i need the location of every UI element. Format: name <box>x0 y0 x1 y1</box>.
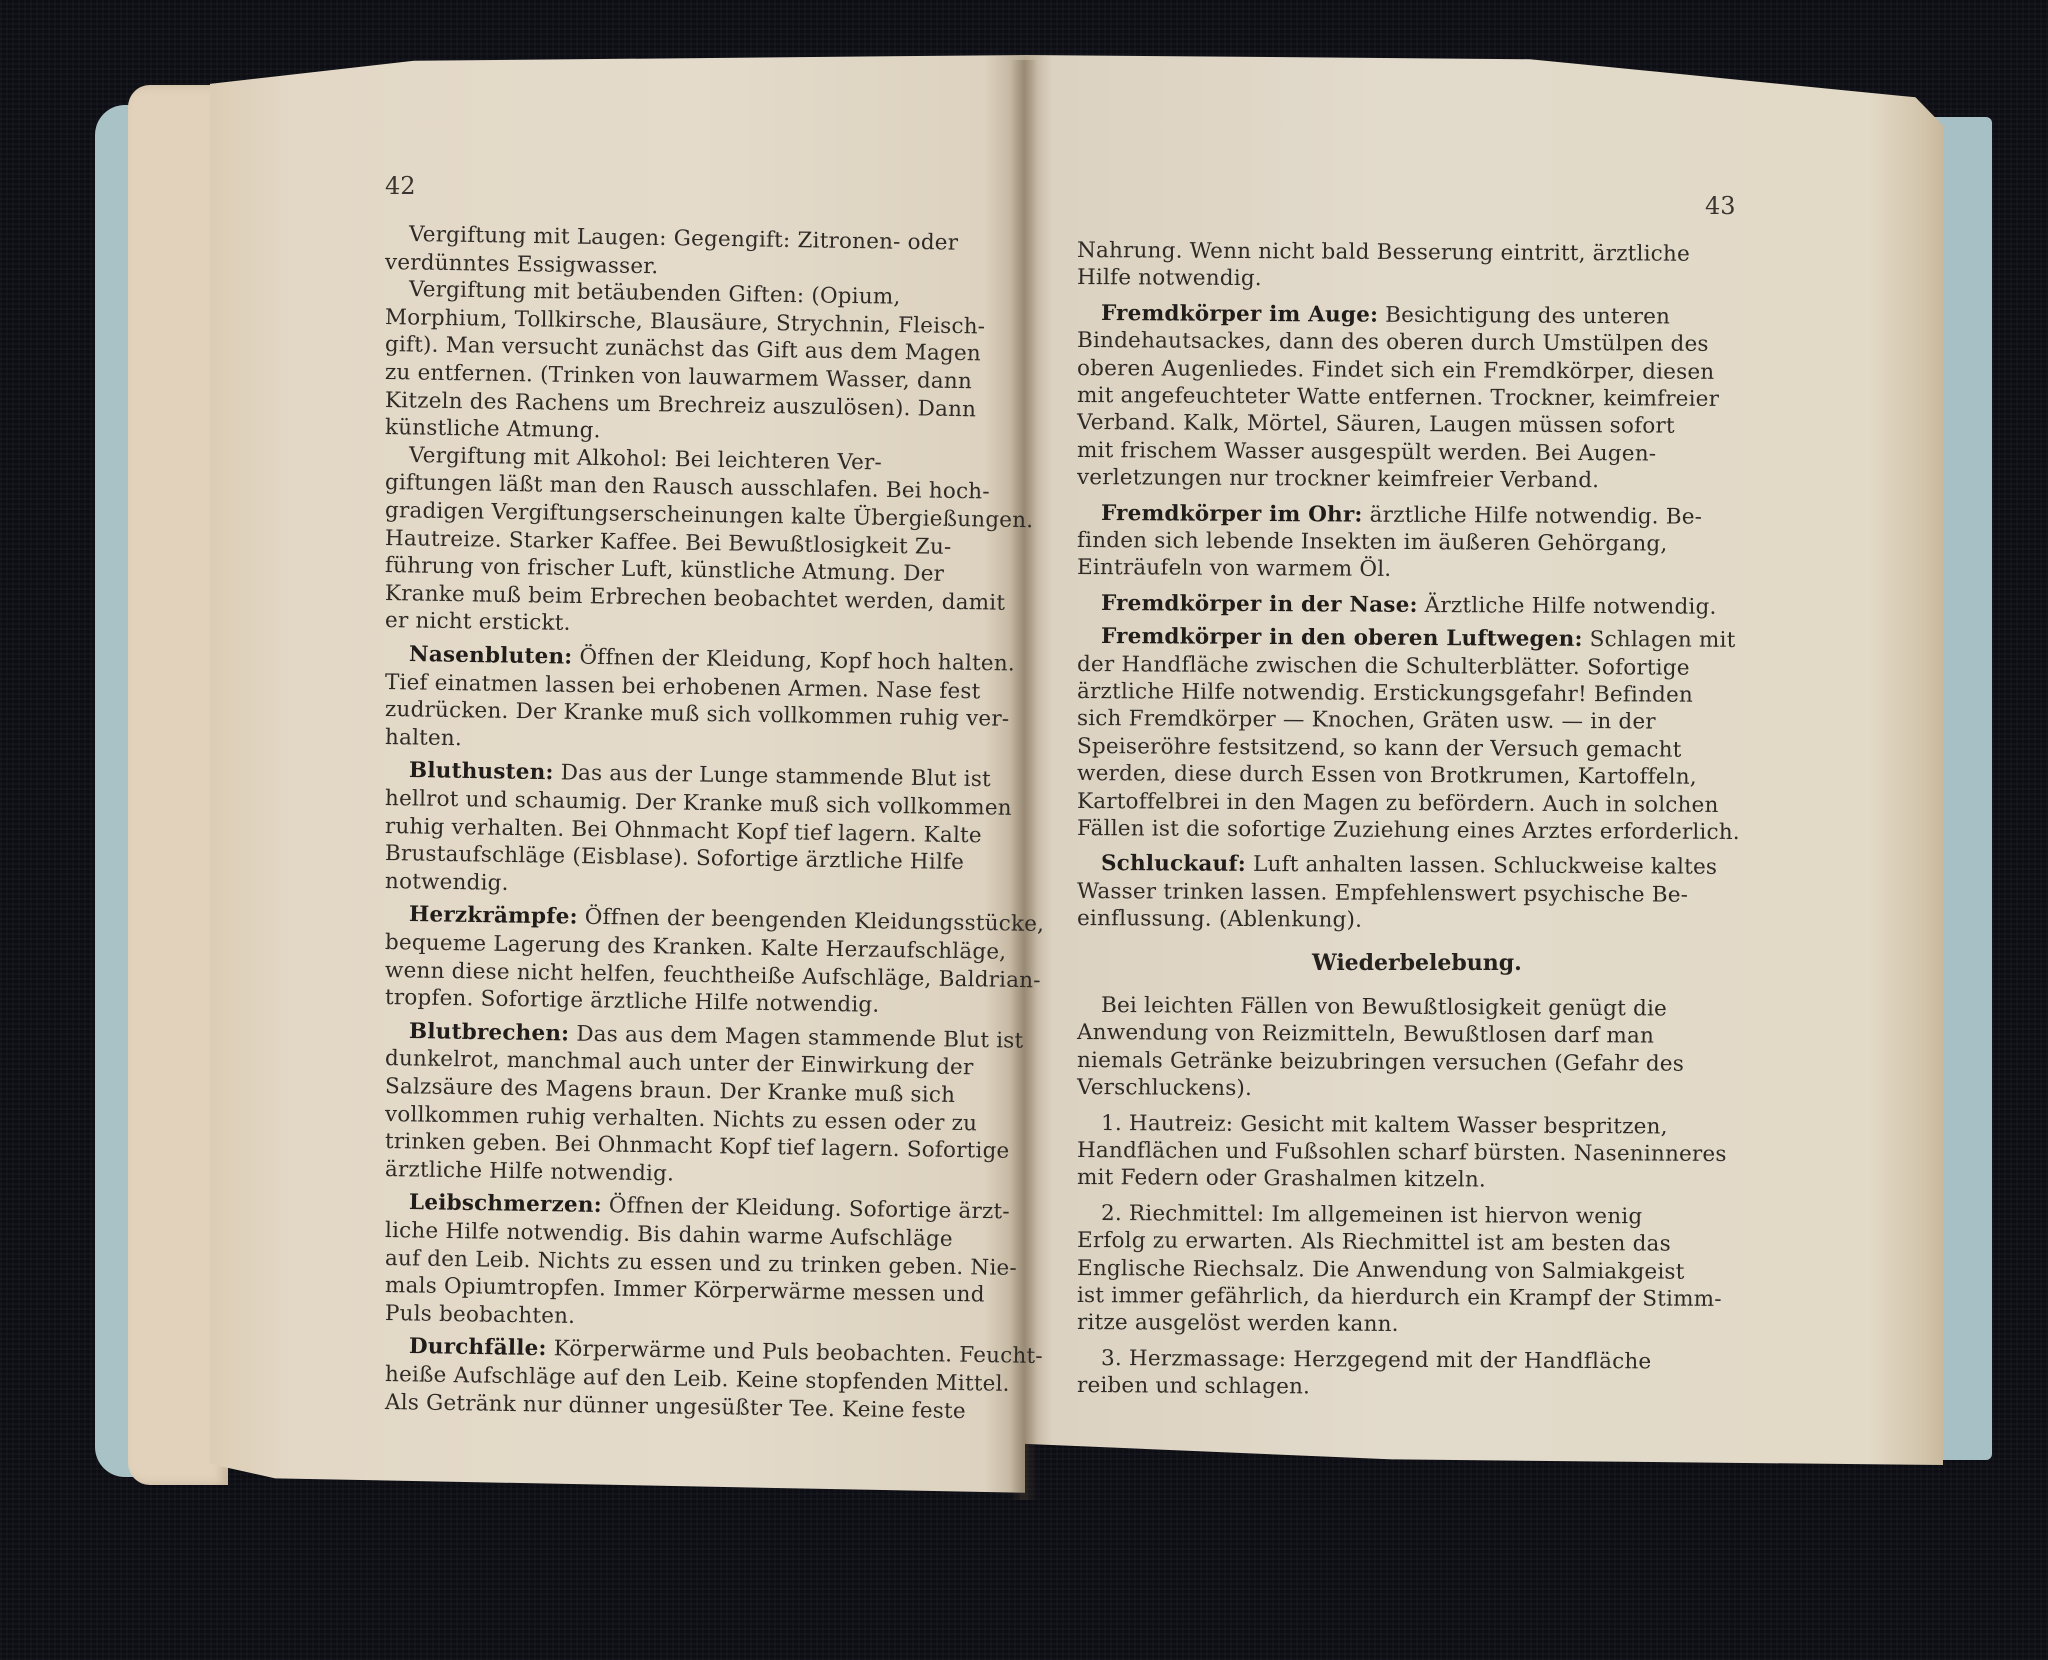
text-line: Fremdkörper in der Nase: Ärztliche Hilfe… <box>1101 591 1717 620</box>
text-line: Puls beobachten. <box>385 1301 576 1329</box>
line-text: Bindehautsackes, dann des oberen durch U… <box>1077 328 1709 357</box>
text-line: Verband. Kalk, Mörtel, Säuren, Laugen mü… <box>1077 410 1675 439</box>
line-text: Puls beobachten. <box>385 1301 576 1329</box>
text-line: 2. Riechmittel: Im allgemeinen ist hierv… <box>1101 1201 1643 1229</box>
line-text: Besichtigung des unteren <box>1378 302 1670 329</box>
line-text: Anwendung von Reizmitteln, Bewußtlosen d… <box>1077 1020 1654 1049</box>
line-text: 3. Herzmassage: Herzgegend mit der Handf… <box>1101 1346 1652 1374</box>
text-line: niemals Getränke beizubringen versuchen … <box>1077 1048 1684 1077</box>
text-line: Erfolg zu erwarten. Als Riechmittel ist … <box>1077 1228 1671 1257</box>
text-line: Wasser trinken lassen. Empfehlenswert ps… <box>1077 879 1688 908</box>
line-text: werden, diese durch Essen von Brotkrumen… <box>1077 761 1697 790</box>
text-line: Nahrung. Wenn nicht bald Besserung eintr… <box>1077 238 1690 267</box>
line-text: Wasser trinken lassen. Empfehlenswert ps… <box>1077 879 1688 908</box>
text-line: verdünntes Essigwasser. <box>385 250 659 279</box>
text-line: werden, diese durch Essen von Brotkrumen… <box>1077 761 1697 790</box>
page-number-left: 42 <box>385 172 416 200</box>
text-line: Handflächen und Fußsohlen scharf bürsten… <box>1077 1138 1727 1167</box>
text-line: Kartoffelbrei in den Magen zu befördern.… <box>1077 789 1719 818</box>
page-number-right: 43 <box>1705 192 1736 220</box>
text-line: verletzungen nur trockner keimfreier Ver… <box>1077 465 1599 493</box>
line-text: mit Federn oder Grashalmen kitzeln. <box>1077 1165 1486 1192</box>
line-text: Verband. Kalk, Mörtel, Säuren, Laugen mü… <box>1077 410 1675 439</box>
text-line: Bindehautsackes, dann des oberen durch U… <box>1077 328 1709 357</box>
line-text: finden sich lebende Insekten im äußeren … <box>1077 528 1668 557</box>
line-text: niemals Getränke beizubringen versuchen … <box>1077 1048 1684 1077</box>
section-heading-wiederbelebung: Wiederbelebung. <box>1312 950 1522 976</box>
line-text: Hilfe notwendig. <box>1077 265 1262 291</box>
line-text: ärztliche Hilfe notwendig. Be- <box>1363 502 1703 529</box>
text-line: ritze ausgelöst werden kann. <box>1077 1310 1399 1337</box>
line-text: mit angefeuchteter Watte entfernen. Troc… <box>1077 383 1719 412</box>
line-text: er nicht erstickt. <box>385 608 571 636</box>
book-gutter <box>1010 60 1038 1500</box>
line-text: verletzungen nur trockner keimfreier Ver… <box>1077 465 1599 493</box>
entry-term: Bluthusten: <box>409 758 554 785</box>
text-line: Bei leichten Fällen von Bewußtlosigkeit … <box>1101 993 1667 1021</box>
line-text: künstliche Atmung. <box>385 415 601 443</box>
text-line: ärztliche Hilfe notwendig. Erstickungsge… <box>1077 679 1693 708</box>
text-line: oberen Augenliedes. Findet sich ein Frem… <box>1077 356 1715 385</box>
entry-term: Leibschmerzen: <box>409 1190 602 1218</box>
line-text: mit frischem Wasser ausgespült werden. B… <box>1077 438 1656 467</box>
line-text: halten. <box>385 725 462 751</box>
line-text: ärztliche Hilfe notwendig. Erstickungsge… <box>1077 679 1693 708</box>
text-line: 3. Herzmassage: Herzgegend mit der Handf… <box>1101 1346 1652 1374</box>
line-text: Kartoffelbrei in den Magen zu befördern.… <box>1077 789 1719 818</box>
text-line: Speiseröhre festsitzend, so kann der Ver… <box>1077 734 1682 763</box>
text-line: Verschluckens). <box>1077 1075 1252 1101</box>
line-text: Verschluckens). <box>1077 1075 1252 1101</box>
line-text: Englische Riechsalz. Die Anwendung von S… <box>1077 1256 1685 1285</box>
line-text: notwendig. <box>385 869 509 896</box>
line-text: Fällen ist die sofortige Zuziehung eines… <box>1077 816 1740 845</box>
text-line: reiben und schlagen. <box>1077 1373 1310 1399</box>
text-line: mit Federn oder Grashalmen kitzeln. <box>1077 1165 1486 1192</box>
line-text: ist immer gefährlich, da hierdurch ein K… <box>1077 1283 1722 1312</box>
line-text: 2. Riechmittel: Im allgemeinen ist hierv… <box>1101 1201 1643 1229</box>
entry-term: Nasenbluten: <box>409 642 573 670</box>
text-line: 1. Hautreiz: Gesicht mit kaltem Wasser b… <box>1101 1111 1668 1139</box>
entry-term: Durchfälle: <box>409 1334 547 1361</box>
line-text: Bei leichten Fällen von Bewußtlosigkeit … <box>1101 993 1667 1021</box>
text-line: Fremdkörper im Ohr: ärztliche Hilfe notw… <box>1101 501 1702 530</box>
entry-term: Fremdkörper im Auge: <box>1101 301 1378 328</box>
text-line: ist immer gefährlich, da hierdurch ein K… <box>1077 1283 1722 1312</box>
line-text: Luft anhalten lassen. Schluckweise kalte… <box>1246 852 1717 880</box>
text-line: Fremdkörper in den oberen Luftwegen: Sch… <box>1101 624 1736 653</box>
entry-term: Fremdkörper in der Nase: <box>1101 591 1418 618</box>
line-text: der Handfläche zwischen die Schulterblät… <box>1077 652 1690 681</box>
text-line: Einträufeln von warmem Öl. <box>1077 555 1392 582</box>
line-text: einflussung. (Ablenkung). <box>1077 906 1362 933</box>
line-text: Ärztliche Hilfe notwendig. <box>1418 593 1717 620</box>
text-line: künstliche Atmung. <box>385 415 601 443</box>
line-text: sich Fremdkörper — Knochen, Gräten usw. … <box>1077 706 1656 735</box>
line-text: Nahrung. Wenn nicht bald Besserung eintr… <box>1077 238 1690 267</box>
line-text: Handflächen und Fußsohlen scharf bürsten… <box>1077 1138 1727 1167</box>
line-text: 1. Hautreiz: Gesicht mit kaltem Wasser b… <box>1101 1111 1668 1139</box>
entry-term: Fremdkörper in den oberen Luftwegen: <box>1101 624 1583 652</box>
text-line: Schluckauf: Luft anhalten lassen. Schluc… <box>1101 851 1717 880</box>
line-text: Einträufeln von warmem Öl. <box>1077 555 1392 582</box>
text-line: mit angefeuchteter Watte entfernen. Troc… <box>1077 383 1719 412</box>
line-text: ärztliche Hilfe notwendig. <box>385 1157 674 1187</box>
text-line: der Handfläche zwischen die Schulterblät… <box>1077 652 1690 681</box>
text-line: Englische Riechsalz. Die Anwendung von S… <box>1077 1256 1685 1285</box>
entry-term: Herzkrämpfe: <box>409 902 578 930</box>
entry-term: Fremdkörper im Ohr: <box>1101 501 1363 528</box>
text-line: ärztliche Hilfe notwendig. <box>385 1157 674 1187</box>
entry-term: Blutbrechen: <box>409 1019 570 1047</box>
line-text: Speiseröhre festsitzend, so kann der Ver… <box>1077 734 1682 763</box>
text-line: einflussung. (Ablenkung). <box>1077 906 1362 933</box>
text-line: Fremdkörper im Auge: Besichtigung des un… <box>1101 301 1670 329</box>
line-text: Erfolg zu erwarten. Als Riechmittel ist … <box>1077 1228 1671 1257</box>
text-line: mit frischem Wasser ausgespült werden. B… <box>1077 438 1656 467</box>
line-text: verdünntes Essigwasser. <box>385 250 659 279</box>
text-line: halten. <box>385 725 462 751</box>
text-line: Fällen ist die sofortige Zuziehung eines… <box>1077 816 1740 845</box>
text-line: notwendig. <box>385 869 509 896</box>
line-text: reiben und schlagen. <box>1077 1373 1310 1399</box>
line-text: oberen Augenliedes. Findet sich ein Frem… <box>1077 356 1715 385</box>
text-line: sich Fremdkörper — Knochen, Gräten usw. … <box>1077 706 1656 735</box>
text-line: er nicht erstickt. <box>385 608 571 636</box>
line-text: Schlagen mit <box>1583 627 1736 653</box>
text-line: Hilfe notwendig. <box>1077 265 1262 291</box>
text-line: Anwendung von Reizmitteln, Bewußtlosen d… <box>1077 1020 1654 1049</box>
text-line: finden sich lebende Insekten im äußeren … <box>1077 528 1668 557</box>
entry-term: Schluckauf: <box>1101 851 1246 877</box>
line-text: ritze ausgelöst werden kann. <box>1077 1310 1399 1337</box>
